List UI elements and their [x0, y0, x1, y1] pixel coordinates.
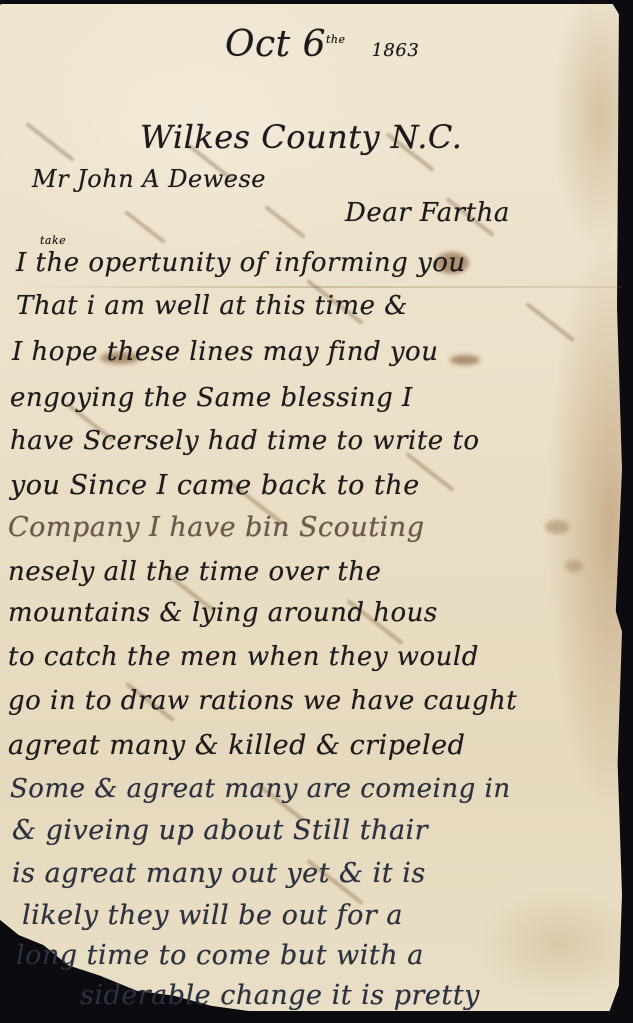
body-line: mountains & lying around hous [8, 598, 438, 628]
body-line: is agreat many out yet & it is [12, 858, 426, 889]
body-line: I hope these lines may find you [12, 337, 438, 367]
body-line: & giveing up about Still thair [12, 815, 428, 846]
ink-stain [450, 355, 480, 365]
body-line: Some & agreat many are comeing in [10, 774, 511, 804]
salutation-text: Dear Fartha [345, 198, 510, 228]
addressee-line: Mr John A Dewese [32, 165, 266, 193]
location-line: Wilkes County N.C. [140, 118, 462, 156]
body-line: agreat many & killed & cripeled [8, 730, 465, 761]
body-line: you Since I came back to the [10, 470, 420, 501]
ink-stain [565, 560, 583, 572]
date-line: Oct 6the 1863 [225, 24, 419, 65]
body-line: have Scersely had time to write to [10, 426, 480, 456]
body-line: to catch the men when they would [8, 642, 479, 672]
body-line: engoying the Same blessing I [10, 383, 413, 413]
body-line: nesely all the time over the [8, 557, 381, 587]
ink-stain [545, 520, 569, 534]
date-suffix: the [326, 33, 346, 46]
body-line: That i am well at this time & [16, 291, 408, 321]
body-line: I the opertunity of informing you [16, 248, 466, 278]
date-year: 1863 [371, 40, 419, 61]
body-line: siderable change it is pretty [80, 980, 480, 1011]
body-line: likely they will be out for a [22, 900, 403, 931]
body-line: Company I have bin Scouting [8, 512, 424, 543]
body-line: go in to draw rations we have caught [8, 686, 517, 716]
body-line: long time to come but with a [16, 940, 424, 971]
date-month-day: Oct 6 [225, 24, 326, 65]
marginal-note: take [40, 234, 66, 247]
